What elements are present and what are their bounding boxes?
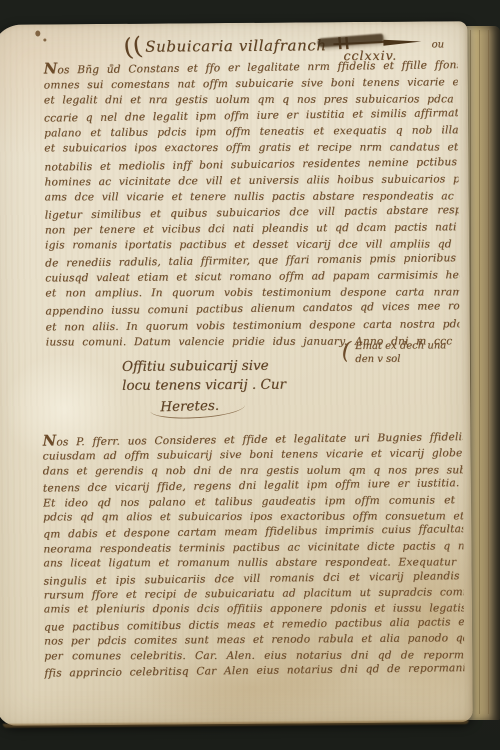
paragraph-mark: ((: [121, 32, 144, 62]
margin-note-text: Emat ex dech unaden v sol: [355, 339, 446, 366]
ink-speck: [35, 30, 40, 36]
paragraph-1: Nos Bñg ud Constans et ffo er legalitate…: [44, 57, 460, 352]
section-heading: Offitiu subuicarij sivelocu tenens vicar…: [122, 357, 286, 419]
section-heading-line: locu tenens vicarij . Cur: [122, 376, 286, 396]
photo-background: (( Subuicaria villafranch ou cclxxiv. No…: [0, 0, 500, 750]
leaf-edge-line: [488, 30, 489, 714]
page-bottom-edge: [3, 720, 469, 728]
manuscript-page: (( Subuicaria villafranch ou cclxxiv. No…: [0, 21, 473, 726]
margin-note-line: den v sol: [355, 352, 446, 366]
side-mark: ou: [432, 39, 445, 50]
margin-note-line: Emat ex dech una: [355, 339, 446, 353]
brace-mark: (: [340, 339, 354, 361]
margin-note: ( Emat ex dech unaden v sol: [342, 339, 447, 366]
ink-speck: [43, 38, 46, 41]
section-heading-line: Heretes.: [150, 396, 245, 419]
leaf-edge-line: [479, 30, 480, 714]
page-heading: Subuicaria villafranch: [145, 36, 327, 55]
paragraph-2: Nos P. fferr. uos Consideres et ffide et…: [42, 429, 464, 680]
section-heading-line: Offitiu subuicarij sive: [122, 357, 286, 377]
